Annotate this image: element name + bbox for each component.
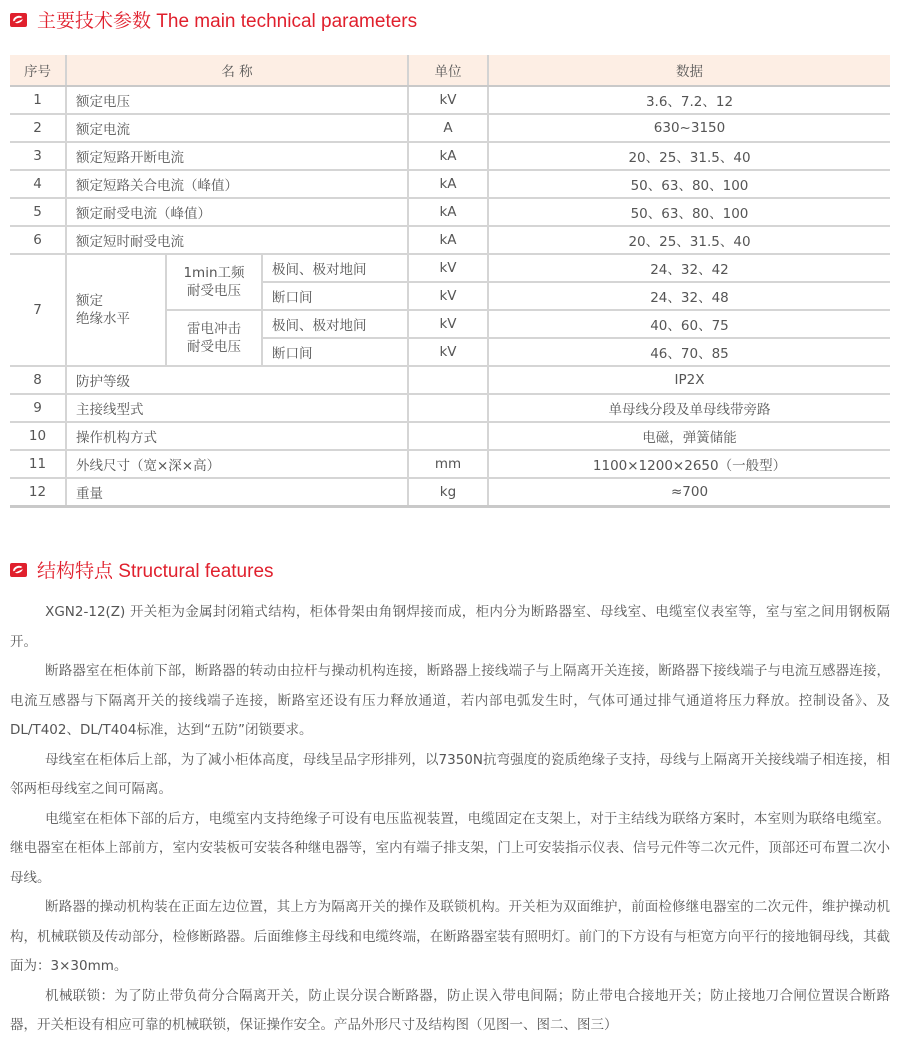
- group-label-line1: 1min工频: [167, 264, 261, 282]
- row-data: 1100×1200×2650（一般型）: [488, 450, 890, 478]
- parameters-table: 序号 名 称 单位 数据 1 额定电压 kV 3.6、7.2、12 2 额定电流…: [10, 55, 890, 508]
- table-row: 6 额定短时耐受电流 kA 20、25、31.5、40: [10, 226, 890, 254]
- paragraph: XGN2-12(Z) 开关柜为金属封闭箱式结构，柜体骨架由角钢焊接而成，柜内分为…: [10, 598, 890, 657]
- table-row: 11 外线尺寸（宽×深×高） mm 1100×1200×2650（一般型）: [10, 450, 890, 478]
- row-unit: kV: [408, 86, 488, 114]
- group-label-line2: 耐受电压: [167, 282, 261, 300]
- insulation-group-label: 1min工频 耐受电压: [166, 254, 262, 310]
- section-title-structural: 结构特点 Structural features: [10, 556, 274, 583]
- table-row: 1 额定电压 kV 3.6、7.2、12: [10, 86, 890, 114]
- paragraph: 电缆室在柜体下部的后方，电缆室内支持绝缘子可设有电压监视装置，电缆固定在支架上，…: [10, 805, 890, 894]
- header-data: 数据: [488, 55, 890, 86]
- brand-logo-icon: [10, 563, 27, 577]
- row-data: 单母线分段及单母线带旁路: [488, 394, 890, 422]
- row-unit: [408, 394, 488, 422]
- insulation-sub: 断口间: [262, 338, 408, 366]
- row-unit: A: [408, 114, 488, 142]
- insulation-label-line1: 额定: [76, 292, 165, 310]
- table-row: 12 重量 kg ≈700: [10, 478, 890, 507]
- row-name: 额定耐受电流（峰值）: [66, 198, 408, 226]
- insulation-sub: 极间、极对地间: [262, 310, 408, 338]
- insulation-group-label: 雷电冲击 耐受电压: [166, 310, 262, 366]
- paragraph: 母线室在柜体后上部，为了减小柜体高度，母线呈品字形排列，以7350N抗弯强度的瓷…: [10, 746, 890, 805]
- insulation-label-line2: 绝缘水平: [76, 310, 165, 328]
- row-name: 操作机构方式: [66, 422, 408, 450]
- insulation-sub: 极间、极对地间: [262, 254, 408, 282]
- row-unit: kV: [408, 254, 488, 282]
- row-index: 8: [10, 366, 66, 394]
- row-data: 40、60、75: [488, 310, 890, 338]
- row-index: 5: [10, 198, 66, 226]
- group-label-line2: 耐受电压: [167, 338, 261, 356]
- row-name: 额定电流: [66, 114, 408, 142]
- row-unit: [408, 366, 488, 394]
- row-unit: kA: [408, 226, 488, 254]
- row-name: 额定短路关合电流（峰值）: [66, 170, 408, 198]
- row-data: 20、25、31.5、40: [488, 226, 890, 254]
- header-name: 名 称: [66, 55, 408, 86]
- row-data: 630~3150: [488, 114, 890, 142]
- row-index: 9: [10, 394, 66, 422]
- row-unit: kV: [408, 310, 488, 338]
- table-header-row: 序号 名 称 单位 数据: [10, 55, 890, 86]
- insulation-label: 额定 绝缘水平: [66, 254, 166, 366]
- row-unit: mm: [408, 450, 488, 478]
- row-unit: kA: [408, 170, 488, 198]
- row-name: 额定短路开断电流: [66, 142, 408, 170]
- header-unit: 单位: [408, 55, 488, 86]
- table-row: 8 防护等级 IP2X: [10, 366, 890, 394]
- table-row: 9 主接线型式 单母线分段及单母线带旁路: [10, 394, 890, 422]
- row-data: 50、63、80、100: [488, 170, 890, 198]
- table-row: 5 额定耐受电流（峰值） kA 50、63、80、100: [10, 198, 890, 226]
- row-index: 7: [10, 254, 66, 366]
- table-row: 3 额定短路开断电流 kA 20、25、31.5、40: [10, 142, 890, 170]
- row-name: 主接线型式: [66, 394, 408, 422]
- row-index: 3: [10, 142, 66, 170]
- row-unit: [408, 422, 488, 450]
- row-unit: kV: [408, 282, 488, 310]
- row-index: 6: [10, 226, 66, 254]
- row-data: 24、32、48: [488, 282, 890, 310]
- row-data: IP2X: [488, 366, 890, 394]
- section-title-parameters: 主要技术参数 The main technical parameters: [10, 6, 417, 33]
- row-name: 重量: [66, 478, 408, 507]
- table-row: 4 额定短路关合电流（峰值） kA 50、63、80、100: [10, 170, 890, 198]
- table-row: 10 操作机构方式 电磁，弹簧储能: [10, 422, 890, 450]
- row-data: 电磁，弹簧储能: [488, 422, 890, 450]
- row-data: 20、25、31.5、40: [488, 142, 890, 170]
- table-row-insulation: 7 额定 绝缘水平 1min工频 耐受电压 极间、极对地间 kV 24、32、4…: [10, 254, 890, 282]
- row-data: ≈700: [488, 478, 890, 507]
- row-data: 24、32、42: [488, 254, 890, 282]
- row-index: 1: [10, 86, 66, 114]
- row-index: 10: [10, 422, 66, 450]
- row-unit: kA: [408, 142, 488, 170]
- row-unit: kg: [408, 478, 488, 507]
- paragraph: 断路器的操动机构装在正面左边位置，其上方为隔离开关的操作及联锁机构。开关柜为双面…: [10, 893, 890, 982]
- row-name: 防护等级: [66, 366, 408, 394]
- brand-logo-icon: [10, 13, 27, 27]
- row-index: 11: [10, 450, 66, 478]
- paragraph: 断路器室在柜体前下部，断路器的转动由拉杆与操动机构连接，断路器上接线端子与上隔离…: [10, 657, 890, 746]
- section-title-text: 结构特点 Structural features: [37, 556, 274, 583]
- row-index: 2: [10, 114, 66, 142]
- row-index: 4: [10, 170, 66, 198]
- table-row: 2 额定电流 A 630~3150: [10, 114, 890, 142]
- insulation-sub: 断口间: [262, 282, 408, 310]
- paragraph: 机械联锁：为了防止带负荷分合隔离开关，防止误分误合断路器，防止误入带电间隔；防止…: [10, 982, 890, 1041]
- row-name: 外线尺寸（宽×深×高）: [66, 450, 408, 478]
- row-index: 12: [10, 478, 66, 507]
- group-label-line1: 雷电冲击: [167, 320, 261, 338]
- row-name: 额定电压: [66, 86, 408, 114]
- structural-features-body: XGN2-12(Z) 开关柜为金属封闭箱式结构，柜体骨架由角钢焊接而成，柜内分为…: [10, 598, 890, 1041]
- row-data: 46、70、85: [488, 338, 890, 366]
- row-data: 50、63、80、100: [488, 198, 890, 226]
- header-index: 序号: [10, 55, 66, 86]
- row-name: 额定短时耐受电流: [66, 226, 408, 254]
- row-data: 3.6、7.2、12: [488, 86, 890, 114]
- section-title-text: 主要技术参数 The main technical parameters: [37, 6, 417, 33]
- row-unit: kV: [408, 338, 488, 366]
- row-unit: kA: [408, 198, 488, 226]
